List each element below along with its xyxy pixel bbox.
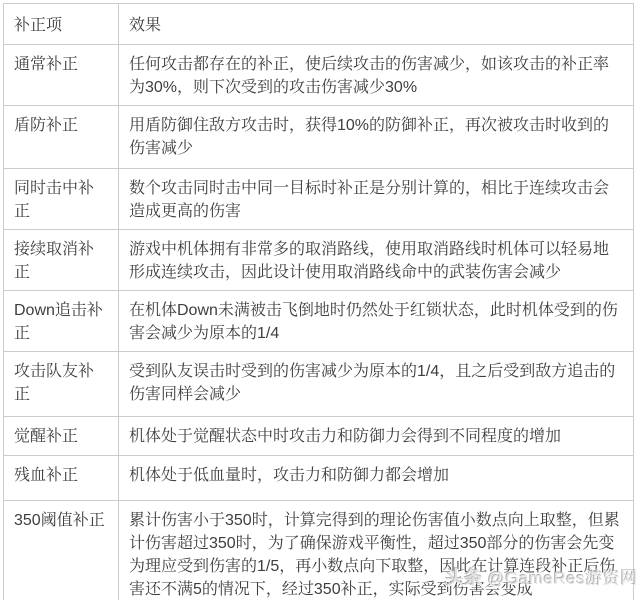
- table-header-row: 补正项 效果: [4, 4, 634, 45]
- correction-item-cell: 盾防补正: [4, 106, 119, 169]
- table-row: 觉醒补正 机体处于觉醒状态中时攻击力和防御力会得到不同程度的增加: [4, 417, 634, 456]
- correction-item-cell: 同时击中补正: [4, 169, 119, 230]
- correction-item-cell: 残血补正: [4, 456, 119, 501]
- article-table-page: 补正项 效果 通常补正 任何攻击都存在的补正，使后续攻击的伤害减少，如该攻击的补…: [0, 0, 640, 600]
- correction-item-cell: 攻击队友补正: [4, 352, 119, 417]
- table-row: 350阈值补正 累计伤害小于350时，计算完得到的理论伤害值小数点向上取整，但累…: [4, 501, 634, 600]
- table-row: 攻击队友补正 受到队友误击时受到的伤害减少为原本的1/4，且之后受到敌方追击的伤…: [4, 352, 634, 417]
- effect-cell: 在机体Down未满被击飞倒地时仍然处于红锁状态，此时机体受到的伤害会减少为原本的…: [119, 291, 634, 352]
- column-header-correction-item: 补正项: [4, 4, 119, 45]
- table-row: 同时击中补正 数个攻击同时击中同一目标时补正是分别计算的，相比于连续攻击会造成更…: [4, 169, 634, 230]
- table-row: 接续取消补正 游戏中机体拥有非常多的取消路线，使用取消路线时机体可以轻易地形成连…: [4, 230, 634, 291]
- table-row: 残血补正 机体处于低血量时，攻击力和防御力都会增加: [4, 456, 634, 501]
- table-row: 盾防补正 用盾防御住敌方攻击时，获得10%的防御补正，再次被攻击时收到的伤害减少: [4, 106, 634, 169]
- column-header-effect: 效果: [119, 4, 634, 45]
- effect-cell: 数个攻击同时击中同一目标时补正是分别计算的，相比于连续攻击会造成更高的伤害: [119, 169, 634, 230]
- correction-item-cell: 觉醒补正: [4, 417, 119, 456]
- correction-item-cell: 通常补正: [4, 45, 119, 106]
- table-row: 通常补正 任何攻击都存在的补正，使后续攻击的伤害减少，如该攻击的补正率为30%，…: [4, 45, 634, 106]
- effect-cell: 累计伤害小于350时，计算完得到的理论伤害值小数点向上取整，但累计伤害超过350…: [119, 501, 634, 600]
- correction-item-cell: 接续取消补正: [4, 230, 119, 291]
- damage-correction-table: 补正项 效果 通常补正 任何攻击都存在的补正，使后续攻击的伤害减少，如该攻击的补…: [3, 3, 634, 600]
- table-row: Down追击补正 在机体Down未满被击飞倒地时仍然处于红锁状态，此时机体受到的…: [4, 291, 634, 352]
- effect-cell: 用盾防御住敌方攻击时，获得10%的防御补正，再次被攻击时收到的伤害减少: [119, 106, 634, 169]
- effect-cell: 任何攻击都存在的补正，使后续攻击的伤害减少，如该攻击的补正率为30%，则下次受到…: [119, 45, 634, 106]
- correction-item-cell: Down追击补正: [4, 291, 119, 352]
- effect-cell: 游戏中机体拥有非常多的取消路线，使用取消路线时机体可以轻易地形成连续攻击，因此设…: [119, 230, 634, 291]
- correction-item-cell: 350阈值补正: [4, 501, 119, 600]
- effect-cell: 受到队友误击时受到的伤害减少为原本的1/4，且之后受到敌方追击的伤害同样会减少: [119, 352, 634, 417]
- effect-cell: 机体处于低血量时，攻击力和防御力都会增加: [119, 456, 634, 501]
- effect-cell: 机体处于觉醒状态中时攻击力和防御力会得到不同程度的增加: [119, 417, 634, 456]
